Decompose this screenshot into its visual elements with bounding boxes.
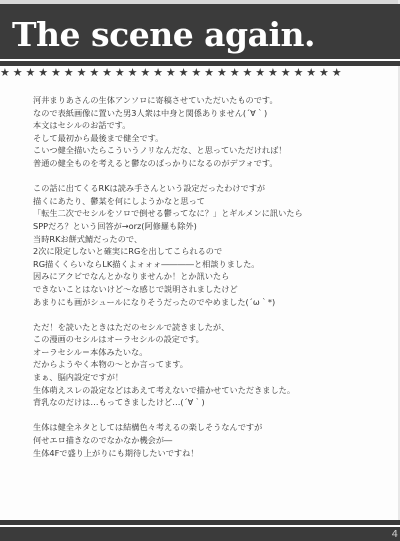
text-line: この漫画のセシルはオーラセシルの設定です。 — [33, 333, 378, 346]
page-number: 4 — [392, 529, 398, 540]
text-line: 河井まりあさんの生体アンソロに寄稿させていただいたものです。 — [33, 94, 378, 107]
text-line: 何せエロ描きなのでなかなか機会が― — [33, 434, 378, 447]
text-line: RG描くくらいならLK描くよォォォ――――と相談りました。 — [33, 258, 378, 271]
text-line: なので表紙画像に置いた男3人衆は中身と関係ありません(´∀｀) — [33, 107, 378, 120]
text-line: オーラセシル＝本体みたいな。 — [33, 346, 378, 359]
star-border: ★★★★★★★★★★★★★★★★★★★★★★★★★★★ — [0, 66, 400, 80]
page-title: The scene again. — [12, 15, 315, 55]
text-line: 当時RKお餅式鯖だったので、 — [33, 233, 378, 246]
title-banner: The scene again. — [0, 4, 400, 59]
text-line: 普通の健全ものを考えると鬱なのばっかりになるのがデフォです。 — [33, 157, 378, 170]
text-line: だからようやく本物の～とか言ってます。 — [33, 358, 378, 371]
text-line: 本文はセシルのお話です。 — [33, 119, 378, 132]
afterword-text: 河井まりあさんの生体アンソロに寄稿させていただいたものです。 なので表紙画像に置… — [33, 94, 378, 472]
paragraph-story: この話に出てくるRKは読み手さんという設定だったわけですが 描くにあたり、鬱某を… — [33, 182, 378, 308]
text-line: 「転生二次でセシルをソロで倒せる鬱ってなに？」とギルメンに訊いたら — [33, 207, 378, 220]
text-line: 2次に限定しないと確実にRGを出してこられるので — [33, 245, 378, 258]
text-line: ただ！を読いたときはただのセシルで読きましたが、 — [33, 321, 378, 334]
text-line: 生体は健全ネタとしては結構色々考えるの楽しそうなんですが — [33, 421, 378, 434]
text-line: 生体4Fで盛り上がりにも期待したいですね！ — [33, 447, 378, 460]
text-line: そして最初から最後まで健全です。 — [33, 132, 378, 145]
footer-band — [0, 527, 400, 541]
text-line: 描くにあたり、鬱某を何にしようかなと思って — [33, 195, 378, 208]
paragraph-intro: 河井まりあさんの生体アンソロに寄稿させていただいたものです。 なので表紙画像に置… — [33, 94, 378, 170]
paragraph-cecil: ただ！を読いたときはただのセシルで読きましたが、 この漫画のセシルはオーラセシル… — [33, 321, 378, 409]
text-line: 生体萌えスレの設定などはあえて考えないで描かせていただきました。 — [33, 384, 378, 397]
text-line: 因みにアクビでなんとかなりませんか！とか訊いたら — [33, 270, 378, 283]
text-line: できないことはないけど～な感じで説明されましたけど — [33, 283, 378, 296]
text-line: SPPだろ？という回答が→orz(阿修羅も除外) — [33, 220, 378, 233]
text-line: この話に出てくるRKは読み手さんという設定だったわけですが — [33, 182, 378, 195]
text-line: 背乳なのだけは…もってきましたけど…(´∀｀) — [33, 396, 378, 409]
text-line: あまりにも画がシュールになりそうだったのでやめました(´ω｀*) — [33, 296, 378, 309]
text-line: こいつ健全描いたらこういうノリなんだな、と思っていただければ！ — [33, 144, 378, 157]
text-line: まぁ、脳内設定ですが！ — [33, 371, 378, 384]
paragraph-closing: 生体は健全ネタとしては結構色々考えるの楽しそうなんですが 何せエロ描きなのでなか… — [33, 421, 378, 459]
